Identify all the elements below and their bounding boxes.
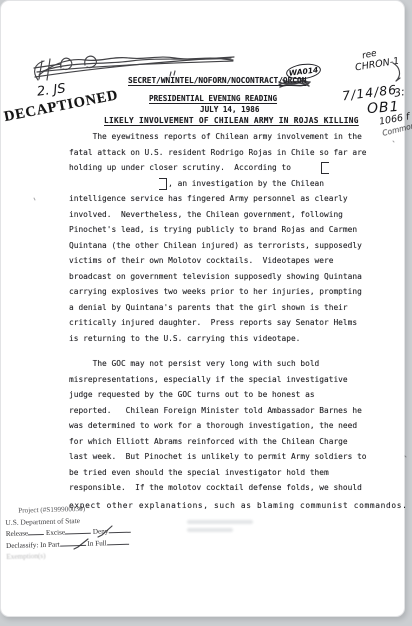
cross-out-stroke <box>37 61 233 72</box>
scratched-handwriting <box>85 56 97 67</box>
typed-line: be tried even should the special investi… <box>69 465 399 481</box>
stamp-release-row: Release Excise Deny <box>6 525 181 539</box>
typed-line: victims of their own Molotov cocktails. … <box>69 253 399 269</box>
declassification-stamp: Project (#S199900030) U.S. Department of… <box>5 499 181 562</box>
cross-out-stroke <box>35 57 234 77</box>
scratched-handwriting <box>61 58 72 69</box>
redaction-bracket-close <box>159 178 167 190</box>
classification-text: SECRET/WNINTEL/NOFORN/NOCONTRACT <box>128 76 278 85</box>
excise-label: Excise <box>46 528 65 536</box>
faint-stamp-mark <box>187 528 233 532</box>
document-heading: PRESIDENTIAL EVENING READING <box>149 94 277 103</box>
declassify-label: Declassify: In Part <box>6 541 60 550</box>
paragraph-1: The eyewitness reports of Chilean army i… <box>69 129 399 346</box>
deny-blank <box>108 528 130 534</box>
typed-line: The eyewitness reports of Chilean army i… <box>69 129 399 145</box>
typed-line: critically injured daughter. Press repor… <box>69 315 399 331</box>
typed-line: intelligence service has fingered Army p… <box>69 191 399 207</box>
typed-line: , an investigation by the Chilean <box>69 176 399 192</box>
handwritten-side-note: 3: <box>393 85 406 100</box>
typed-line: for which Elliott Abrams reinforced with… <box>69 434 399 450</box>
typed-line: The GOC may not persist very long with s… <box>69 356 399 372</box>
typed-line: a denial by Quintana's parents that the … <box>69 300 399 316</box>
typed-line: last week. But Pinochet is unlikely to p… <box>69 449 399 465</box>
scratched-handwriting <box>39 57 233 75</box>
typed-line: fatal attack on U.S. resident Rodrigo Ro… <box>69 145 399 161</box>
classification-line: SECRET/WNINTEL/NOFORN/NOCONTRACT/ORCON <box>128 76 306 85</box>
handwritten-chron-note: CHRON-1 <box>354 56 400 74</box>
typed-line: reported. Chilean Foreign Minister told … <box>69 403 399 419</box>
typed-line: was determined to work for a thorough in… <box>69 418 399 434</box>
typed-line: involved. Nevertheless, the Chilean gove… <box>69 207 399 223</box>
typed-line: Quintana (the other Chilean injured) as … <box>69 238 399 254</box>
document-date: JULY 14, 1986 <box>200 105 259 114</box>
stamp-agency-line: U.S. Department of State <box>5 513 180 527</box>
document-title: LIKELY INVOLVEMENT OF CHILEAN ARMY IN RO… <box>104 116 359 125</box>
document-body: The eyewitness reports of Chilean army i… <box>69 129 399 513</box>
circled-routing-code: WA014 <box>285 62 322 81</box>
in-part-blank <box>60 541 86 547</box>
typed-line: responsible. If the molotov cocktail def… <box>69 480 399 496</box>
scratched-handwriting <box>35 61 44 80</box>
scratched-handwriting <box>34 64 61 68</box>
typed-line: carrying explosives two weeks prior to h… <box>69 284 399 300</box>
release-blank <box>28 530 44 535</box>
typed-line: Pinochet's lead, is trying publicly to b… <box>69 222 399 238</box>
typed-line: holding up under closer scrutiny. Accord… <box>69 160 399 176</box>
scratched-handwriting <box>39 61 42 79</box>
scratched-handwriting <box>43 58 231 71</box>
in-full-label: In Full <box>87 539 107 548</box>
document-page: SECRET/WNINTEL/NOFORN/NOCONTRACT/ORCON P… <box>0 0 405 617</box>
release-label: Release <box>6 529 29 538</box>
redaction-bracket-open <box>321 162 329 174</box>
typed-line: misrepresentations, especially if the sp… <box>69 372 399 388</box>
paragraph-2: The GOC may not persist very long with s… <box>69 356 399 513</box>
stamp-exemption-line: Exemption(s) <box>6 548 181 562</box>
typed-line: is returning to the U.S. carrying this v… <box>69 331 399 347</box>
scratched-handwriting <box>47 59 50 80</box>
in-full-blank <box>107 540 129 546</box>
deny-label: Deny <box>93 527 109 535</box>
faint-illegible-stamp <box>187 520 253 542</box>
typed-line: judge requested by the GOC turns out to … <box>69 387 399 403</box>
typed-line: broadcast on government television suppo… <box>69 269 399 285</box>
excise-blank <box>65 529 91 535</box>
faint-stamp-mark <box>187 520 253 524</box>
